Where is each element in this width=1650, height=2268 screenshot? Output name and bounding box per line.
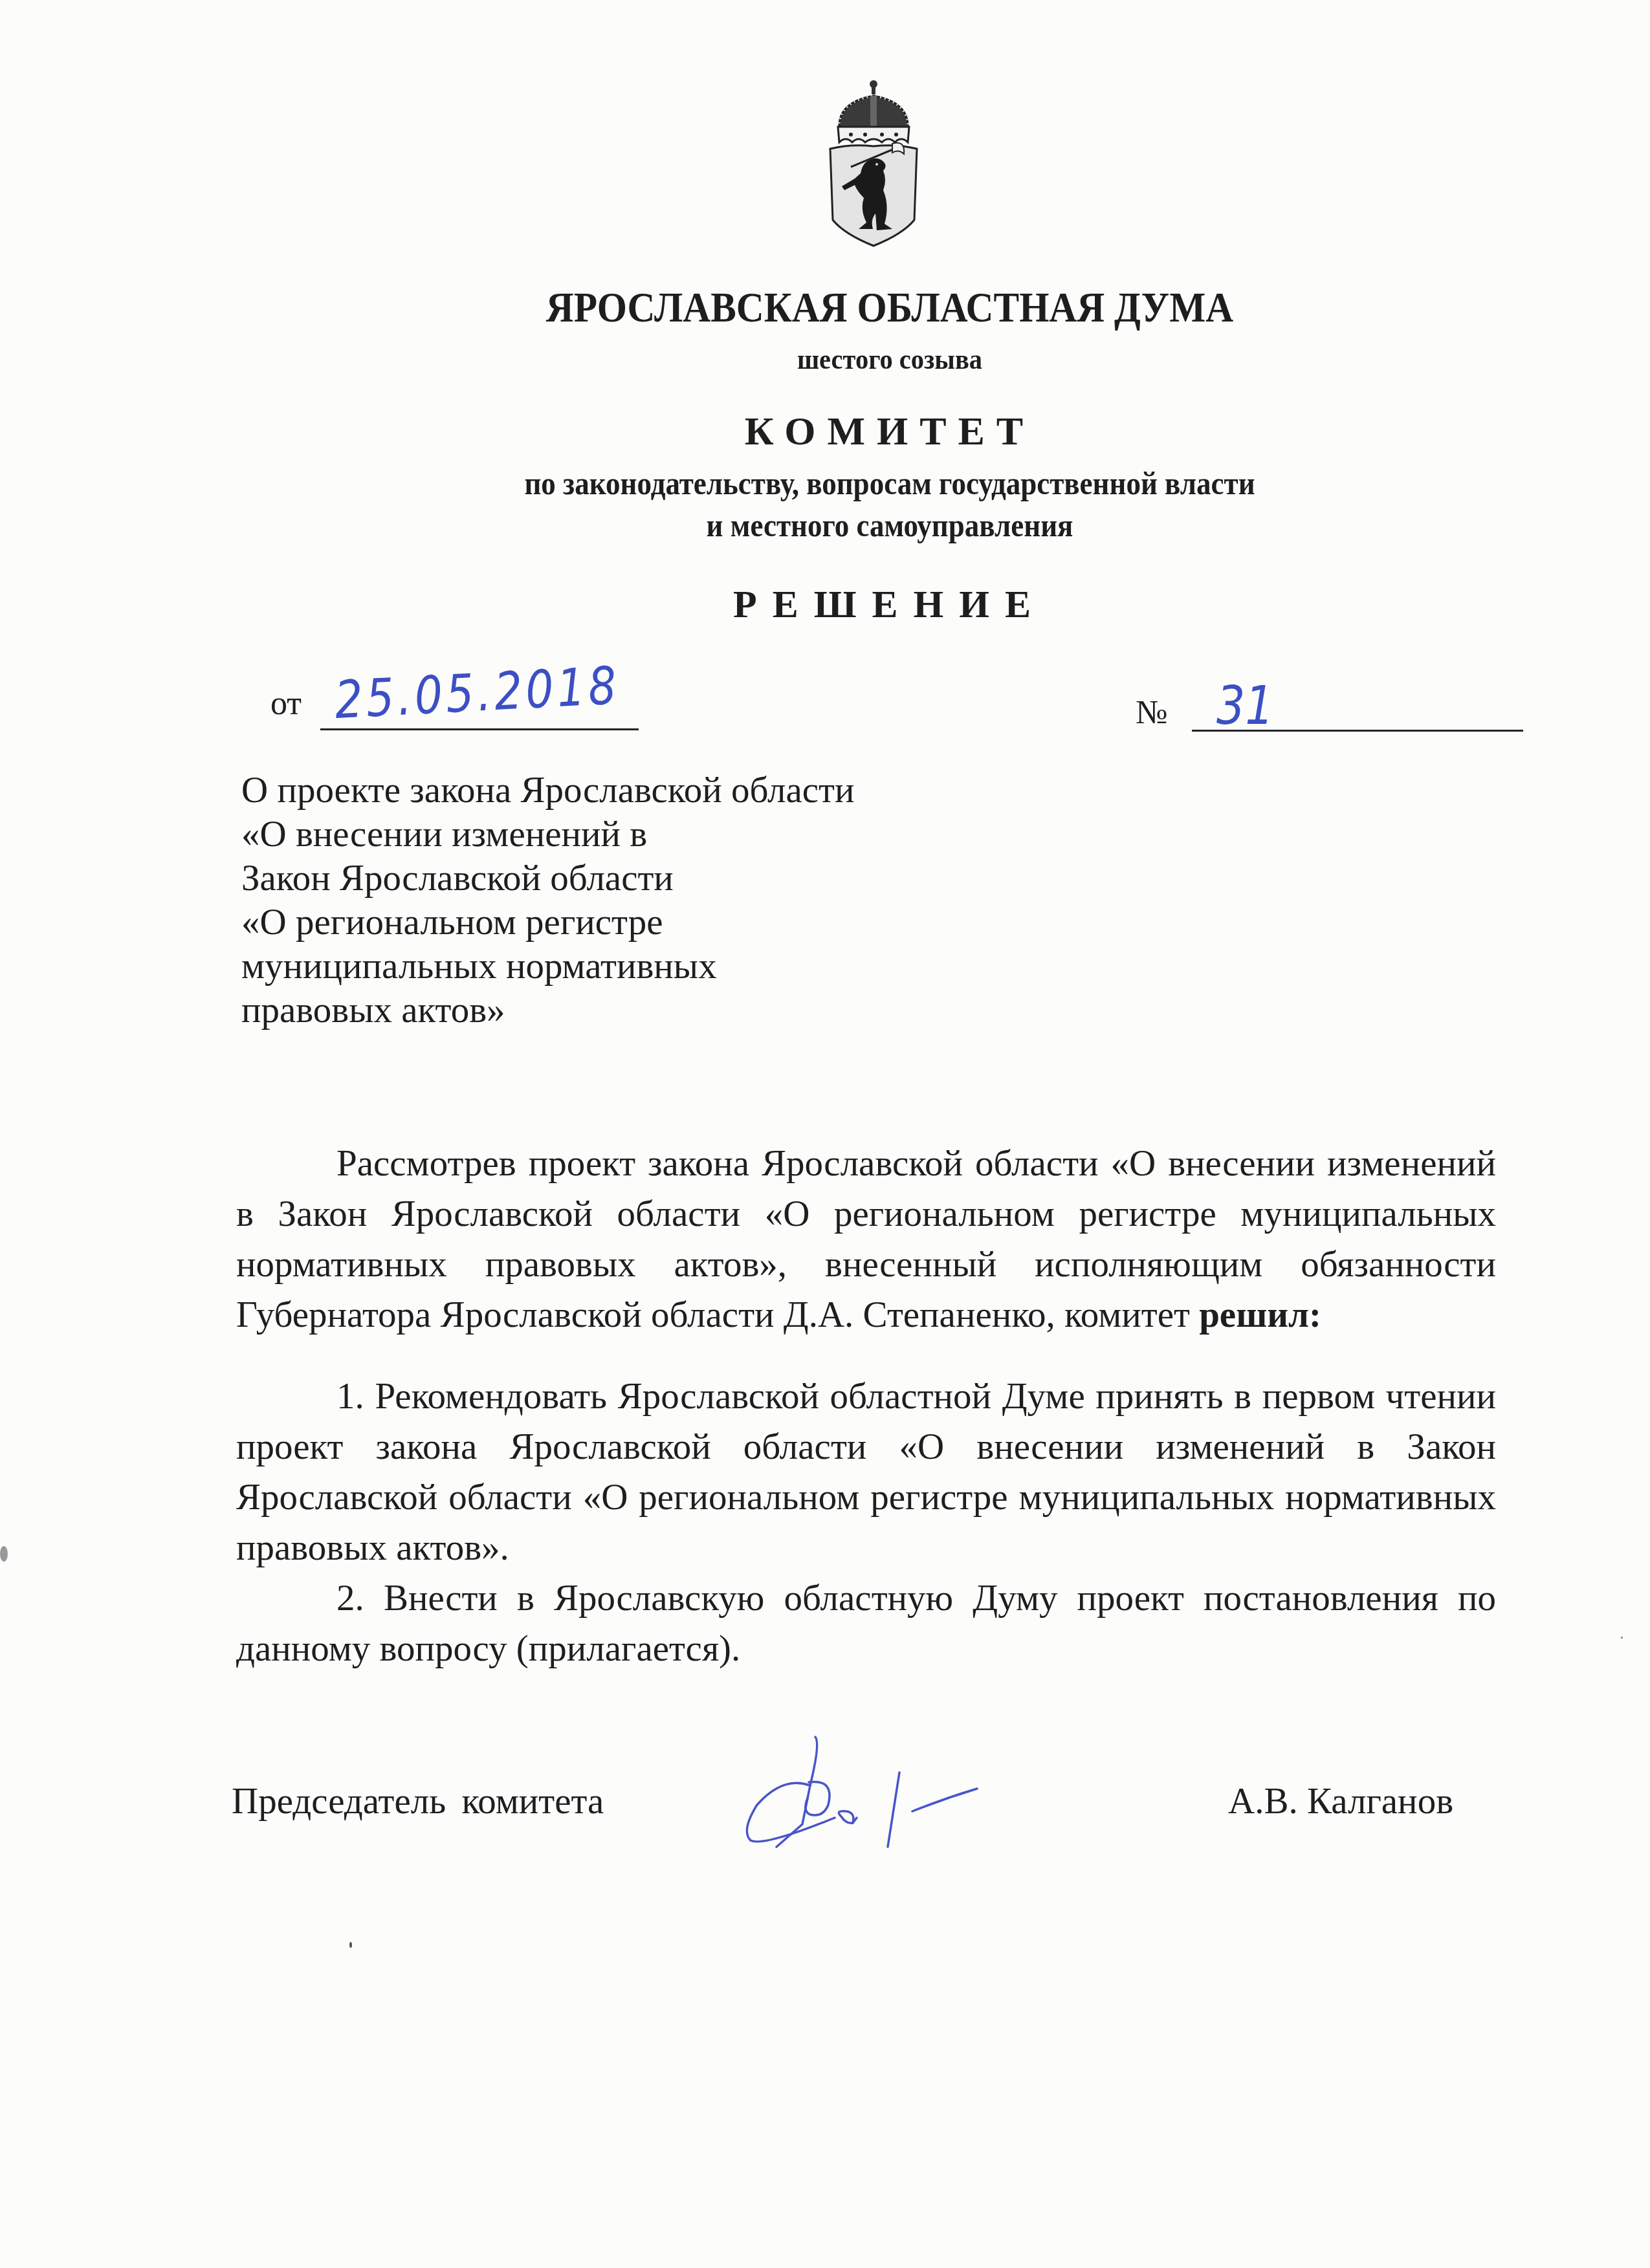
scan-speck [0,1546,8,1562]
decision-keyword: решил: [1199,1294,1321,1335]
number-underline [1192,730,1523,732]
decision-item-2: 2. Внести в Ярославскую областную Думу п… [236,1573,1496,1674]
subject-line: правовых актов» [241,988,854,1032]
preamble-paragraph: Рассмотрев проект закона Ярославской обл… [236,1139,1496,1340]
coat-of-arms-icon [825,76,922,251]
convocation-label: шестого созыва [71,343,1650,376]
number-handwritten-value: 31 [1216,675,1274,737]
subject-line: «О внесении изменений в [241,812,854,856]
document-subject: О проекте закона Ярославской области «О … [241,769,854,1032]
signatory-role: Председатель комитета [232,1780,604,1822]
date-handwritten-value: 25.05.2018 [333,655,621,730]
committee-heading: КОМИТЕТ [0,409,1650,455]
subject-line: Закон Ярославской области [241,856,854,900]
committee-name-line-1: по законодательству, вопросам государств… [89,464,1650,502]
subject-line: «О региональном регистре [241,900,854,944]
number-label: № [1136,693,1168,732]
date-underline [320,728,639,730]
document-type-heading: РЕШЕНИЕ [0,582,1650,627]
subject-line: О проекте закона Ярославской области [241,769,854,812]
date-label: от [270,684,302,723]
parliament-title: ЯРОСЛАВСКАЯ ОБЛАСТНАЯ ДУМА [89,283,1650,333]
committee-name-line-2: и местного самоуправления [89,507,1650,544]
signatory-name: А.В. Калганов [1228,1780,1453,1822]
scan-speck [1621,1637,1623,1639]
document-body: Рассмотрев проект закона Ярославской обл… [236,1139,1496,1674]
subject-line: муниципальных нормативных [241,944,854,988]
scan-speck [349,1942,352,1948]
handwritten-signature-icon [738,1734,996,1863]
decision-item-1: 1. Рекомендовать Ярославской областной Д… [236,1371,1496,1573]
